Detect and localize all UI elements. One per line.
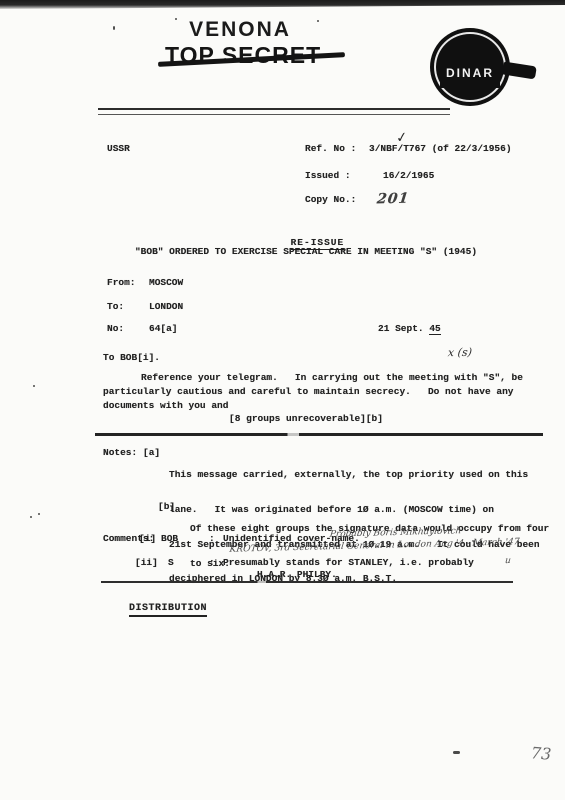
- dinar-stamp-label: DINAR: [430, 66, 510, 80]
- no-row: No:64[a]: [107, 323, 178, 334]
- body-paragraph-line1: Reference your telegram. In carrying out…: [141, 372, 523, 383]
- date-row: 21 Sept. 45: [378, 323, 441, 334]
- section-rule-lower: [101, 581, 513, 583]
- comment-ii-term: S: [168, 557, 174, 568]
- from-value: MOSCOW: [149, 277, 183, 288]
- scan-speck: [30, 516, 32, 518]
- copy-no-row: Copy No.: 201: [305, 194, 409, 207]
- comment-ii-separator: :: [209, 557, 215, 568]
- body-paragraph-line2: particularly cautious and careful to mai…: [103, 386, 513, 397]
- venona-document-page: VENONA TOP SECRET DINAR USSR ✓ Ref. No :…: [0, 0, 565, 800]
- page-number-annotation: 73: [530, 743, 552, 763]
- comment-i-marker: [i]: [139, 533, 156, 544]
- to-row: To:LONDON: [107, 301, 183, 312]
- comment-ii-hand-mark: u: [504, 556, 511, 566]
- issued-value: 16/2/1965: [369, 170, 434, 181]
- distribution-heading-wrap: DISTRIBUTION: [105, 592, 207, 625]
- scan-speck: [38, 513, 40, 515]
- venona-program-title: VENONA: [160, 18, 320, 42]
- dinar-stamp-mask: [440, 80, 500, 88]
- copy-no-value: 201: [376, 191, 410, 208]
- note-b-marker: [b]: [158, 501, 175, 512]
- from-row: From:MOSCOW: [107, 277, 183, 288]
- no-label: No:: [107, 323, 149, 334]
- country-label: USSR: [107, 143, 130, 154]
- dinar-stamp: DINAR: [430, 28, 510, 106]
- comment-i-term: BOB: [161, 533, 178, 544]
- document-title: "BOB" ORDERED TO EXERCISE SPECIAL CARE I…: [100, 246, 512, 257]
- note-a-line1: This message carried, externally, the to…: [169, 469, 540, 482]
- date-text: 21 Sept.: [378, 323, 429, 334]
- comment-ii-marker: [ii]: [135, 557, 158, 568]
- to-value: LONDON: [149, 301, 183, 312]
- section-rule-upper: [95, 433, 543, 436]
- comment-ii-text-line1: Presumably stands for STANLEY, i.e. prob…: [223, 557, 474, 568]
- ref-no-value: 3/NBF/T767 (of 22/3/1956): [369, 143, 512, 154]
- issued-label: Issued :: [305, 170, 369, 181]
- note-a-marker: [a]: [143, 447, 160, 458]
- from-label: From:: [107, 277, 149, 288]
- comment-i-separator: :: [209, 533, 215, 544]
- margin-annotation: x (s): [447, 346, 473, 360]
- scan-speck: [113, 26, 115, 30]
- to-label: To:: [107, 301, 149, 312]
- scan-speck: [33, 385, 35, 387]
- copy-no-label: Copy No.:: [305, 194, 369, 207]
- ref-no-row: Ref. No : 3/NBF/T767 (of 22/3/1956): [305, 143, 512, 154]
- date-year: 45: [429, 323, 440, 335]
- distribution-heading: DISTRIBUTION: [129, 603, 207, 617]
- issued-row: Issued : 16/2/1965: [305, 170, 434, 181]
- unrecoverable-groups: [8 groups unrecoverable][b]: [100, 413, 512, 424]
- no-value: 64[a]: [149, 323, 178, 334]
- scan-speck: [453, 751, 460, 754]
- ref-no-label: Ref. No :: [305, 143, 369, 154]
- scan-edge-bar: [0, 0, 565, 9]
- salutation: To BOB[i].: [103, 352, 160, 363]
- header-rule: [98, 108, 450, 115]
- notes-label: Notes:: [103, 447, 137, 458]
- body-paragraph-line3: documents with you and: [103, 400, 228, 411]
- comment-ii-text-line2: H.A.R. PHILBY.: [257, 569, 337, 580]
